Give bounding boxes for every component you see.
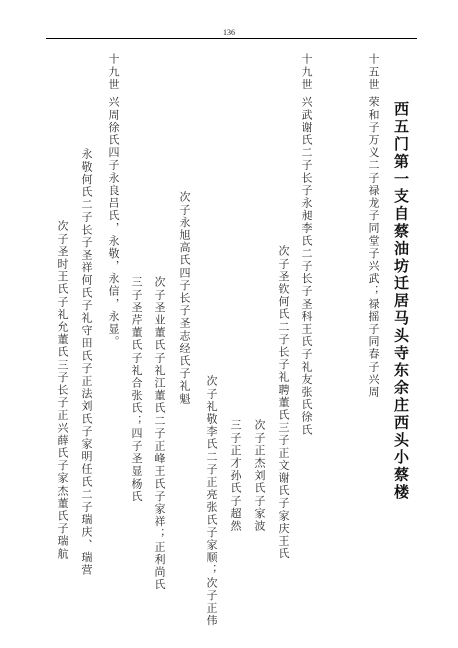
generation-label-19: 十九世 — [107, 53, 119, 91]
lineage-column: 兴武谢氏二子长子永昶李氏二子长子圣科王氏子礼友张氏徐氏 — [300, 96, 312, 436]
lineage-column: 永敬何氏二子长子圣祥何氏子礼守田氏子正法刘氏子家明任氏二子瑞庆、瑞营 — [80, 148, 92, 576]
generation-label-15: 十五世 — [367, 53, 379, 91]
lineage-column: 次子圣时王氏子礼允董氏三子长子正兴薛氏子家杰董氏子瑞航 — [56, 220, 68, 560]
lineage-column: 次子礼敬李氏二子正亮张氏子家顺；次子正伟 — [205, 375, 217, 627]
lineage-column: 次子圣业董氏子礼江董氏二子正峰王氏子家祥；正利尚氏 — [153, 276, 165, 591]
document-title: 西五门第一支自蔡油坊迁居马头寺东余庄西头小蔡楼 — [393, 101, 409, 501]
lineage-column: 荣和子万义二子禄龙子同堂子兴武；禄摇子同春子兴周 — [367, 96, 379, 398]
lineage-column: 三子圣芹董氏子礼合张氏；四子圣显杨氏 — [130, 276, 142, 503]
lineage-column: 次子正杰刘氏子家波 — [253, 419, 265, 532]
lineage-column: 三子正才孙氏子超然 — [229, 419, 241, 532]
page-number: 136 — [0, 28, 458, 37]
lineage-column: 兴周徐氏四子永良吕氏，永敬，永信，永显。 — [107, 96, 119, 348]
lineage-column: 次子圣钦何氏二子长子礼聘董氏三子正文谢氏子家庆王氏 — [277, 245, 289, 560]
header-rule — [46, 38, 417, 39]
generation-label-19: 十九世 — [300, 53, 312, 91]
lineage-column: 次子永旭高氏四子长子圣志经氏子礼魁 — [178, 191, 190, 405]
